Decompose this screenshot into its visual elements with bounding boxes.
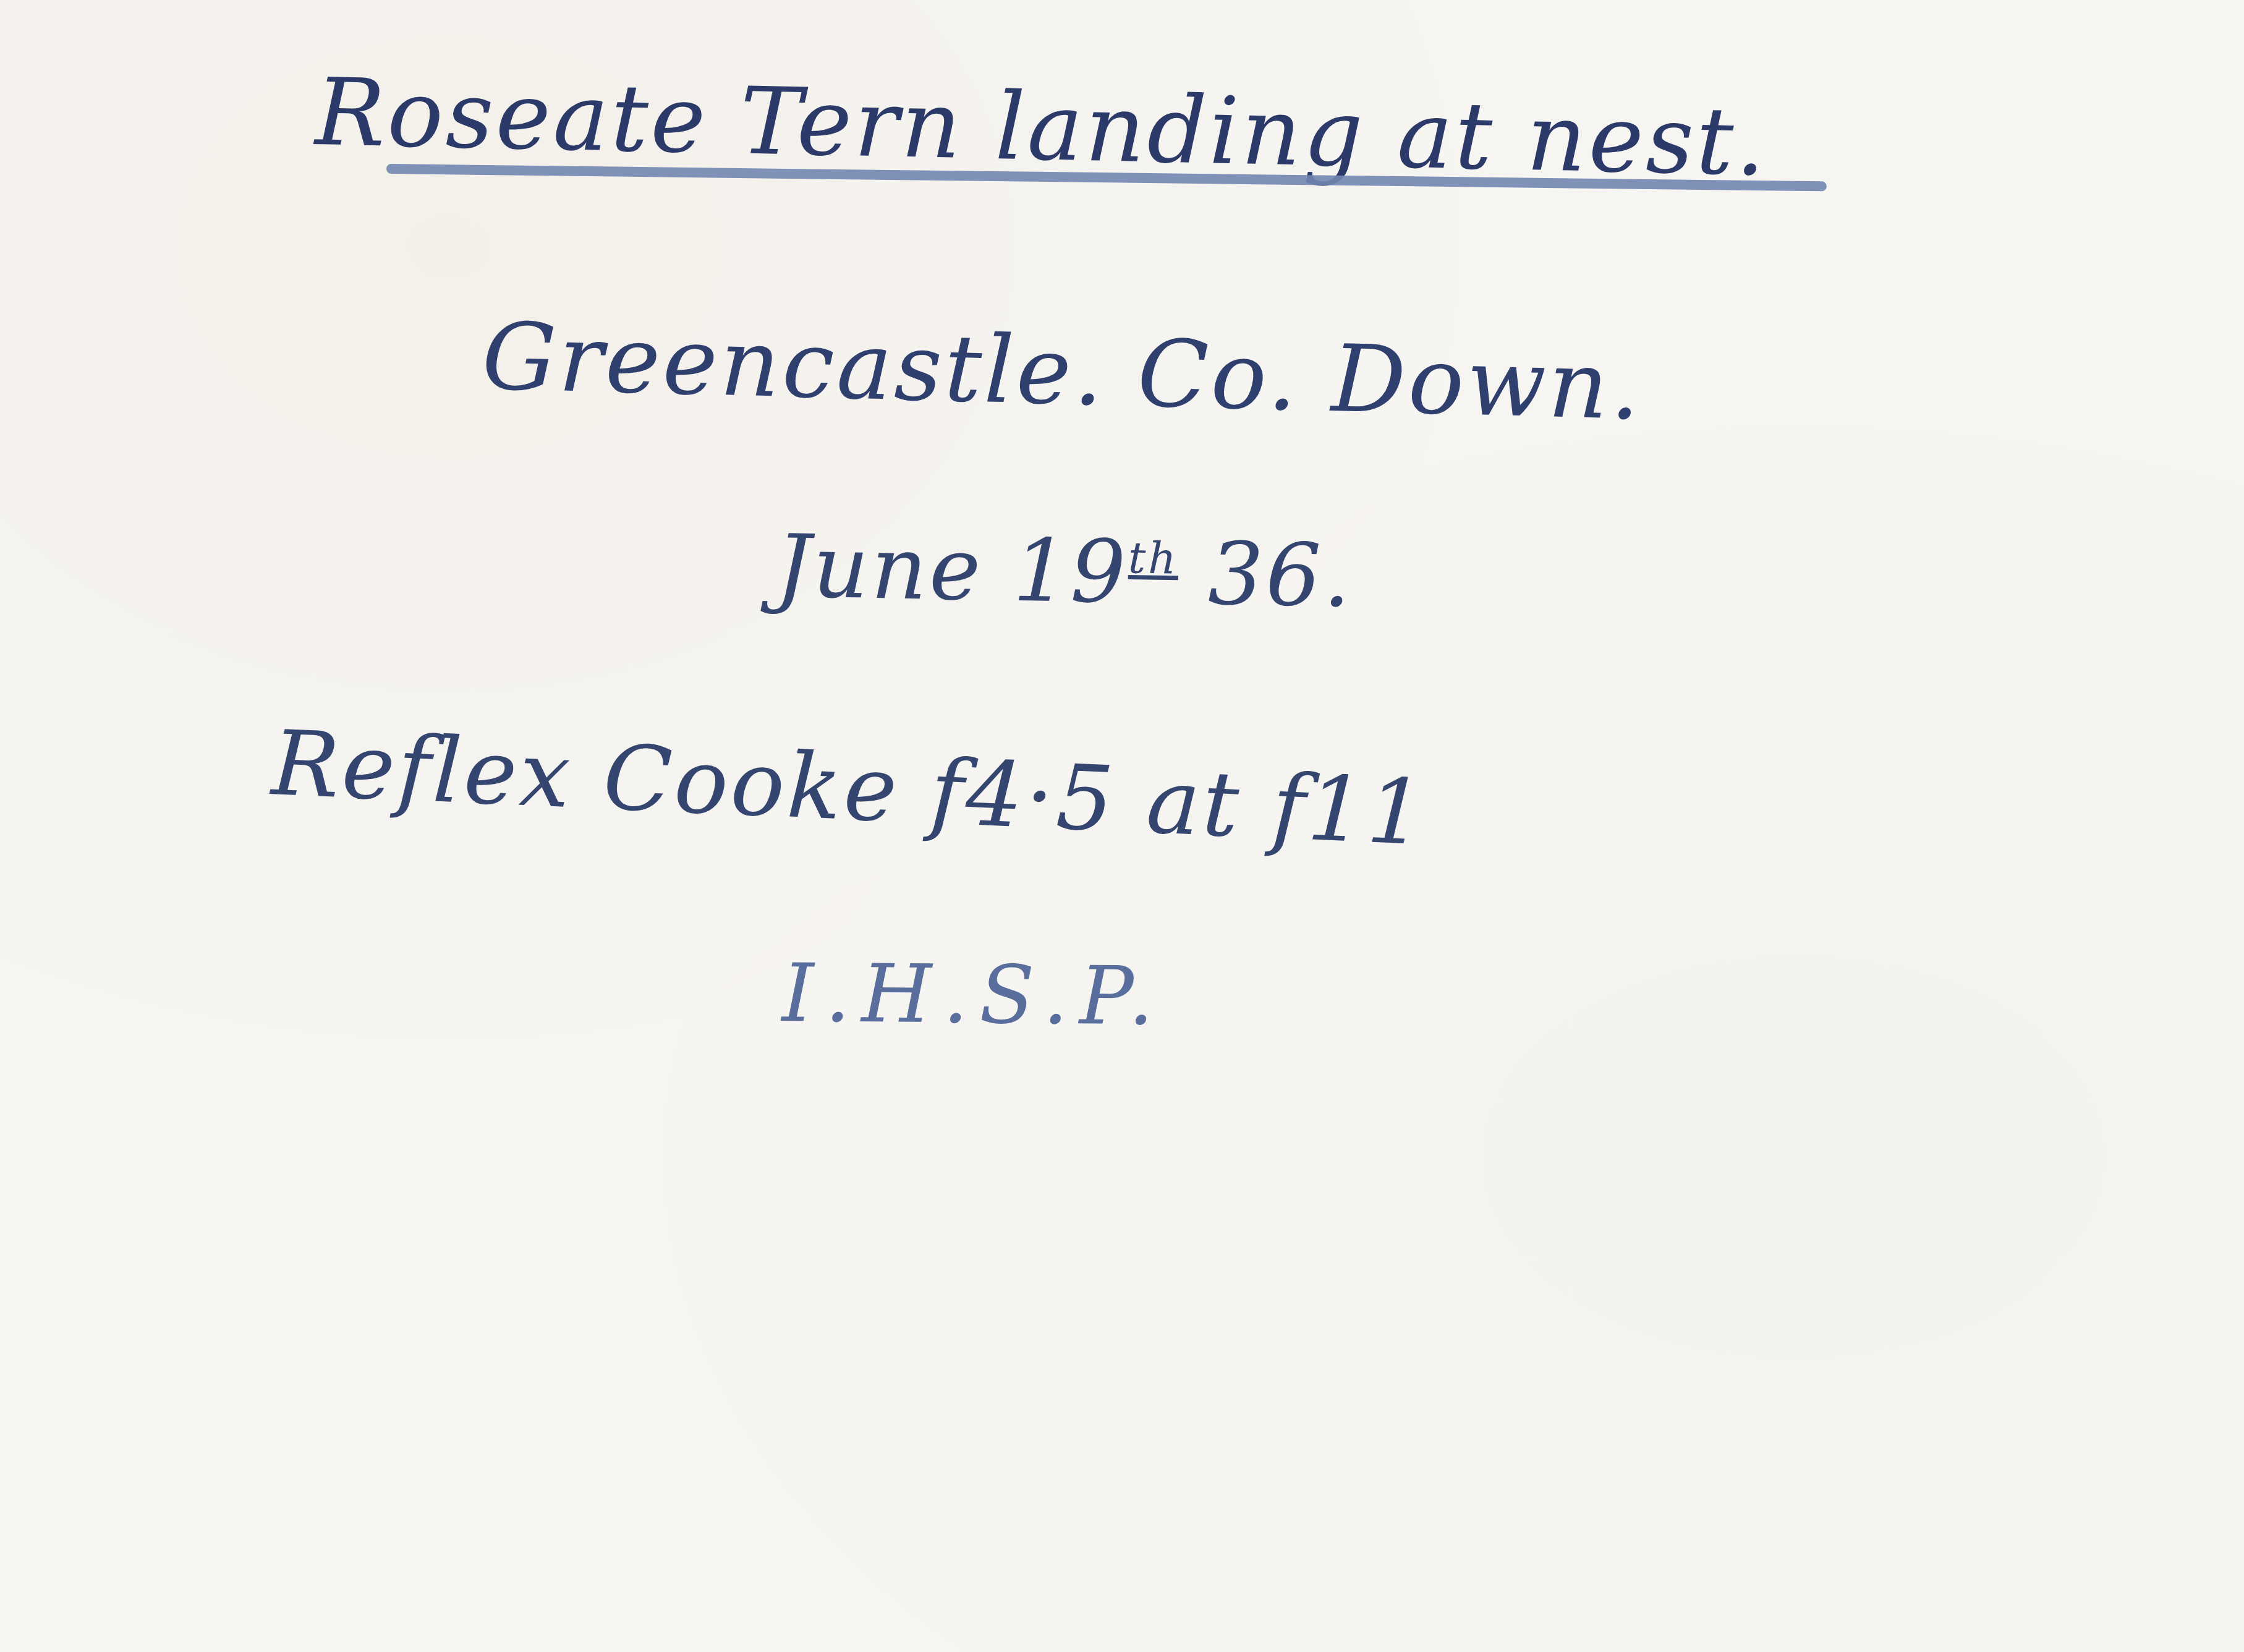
date-year: 36. xyxy=(1178,523,1354,627)
caption-location: Greencastle. Co. Down. xyxy=(481,303,1644,441)
paper-background: Roseate Tern landing at nest. Greencastl… xyxy=(0,0,2244,1652)
date-ordinal: th xyxy=(1128,532,1179,584)
caption-initials: I.H.S.P. xyxy=(781,946,1165,1043)
date-day: June 19 xyxy=(775,516,1129,623)
caption-camera-settings: Reflex Cooke f4·5 at f11 xyxy=(270,711,1429,866)
caption-date: June 19th 36. xyxy=(775,516,1354,627)
